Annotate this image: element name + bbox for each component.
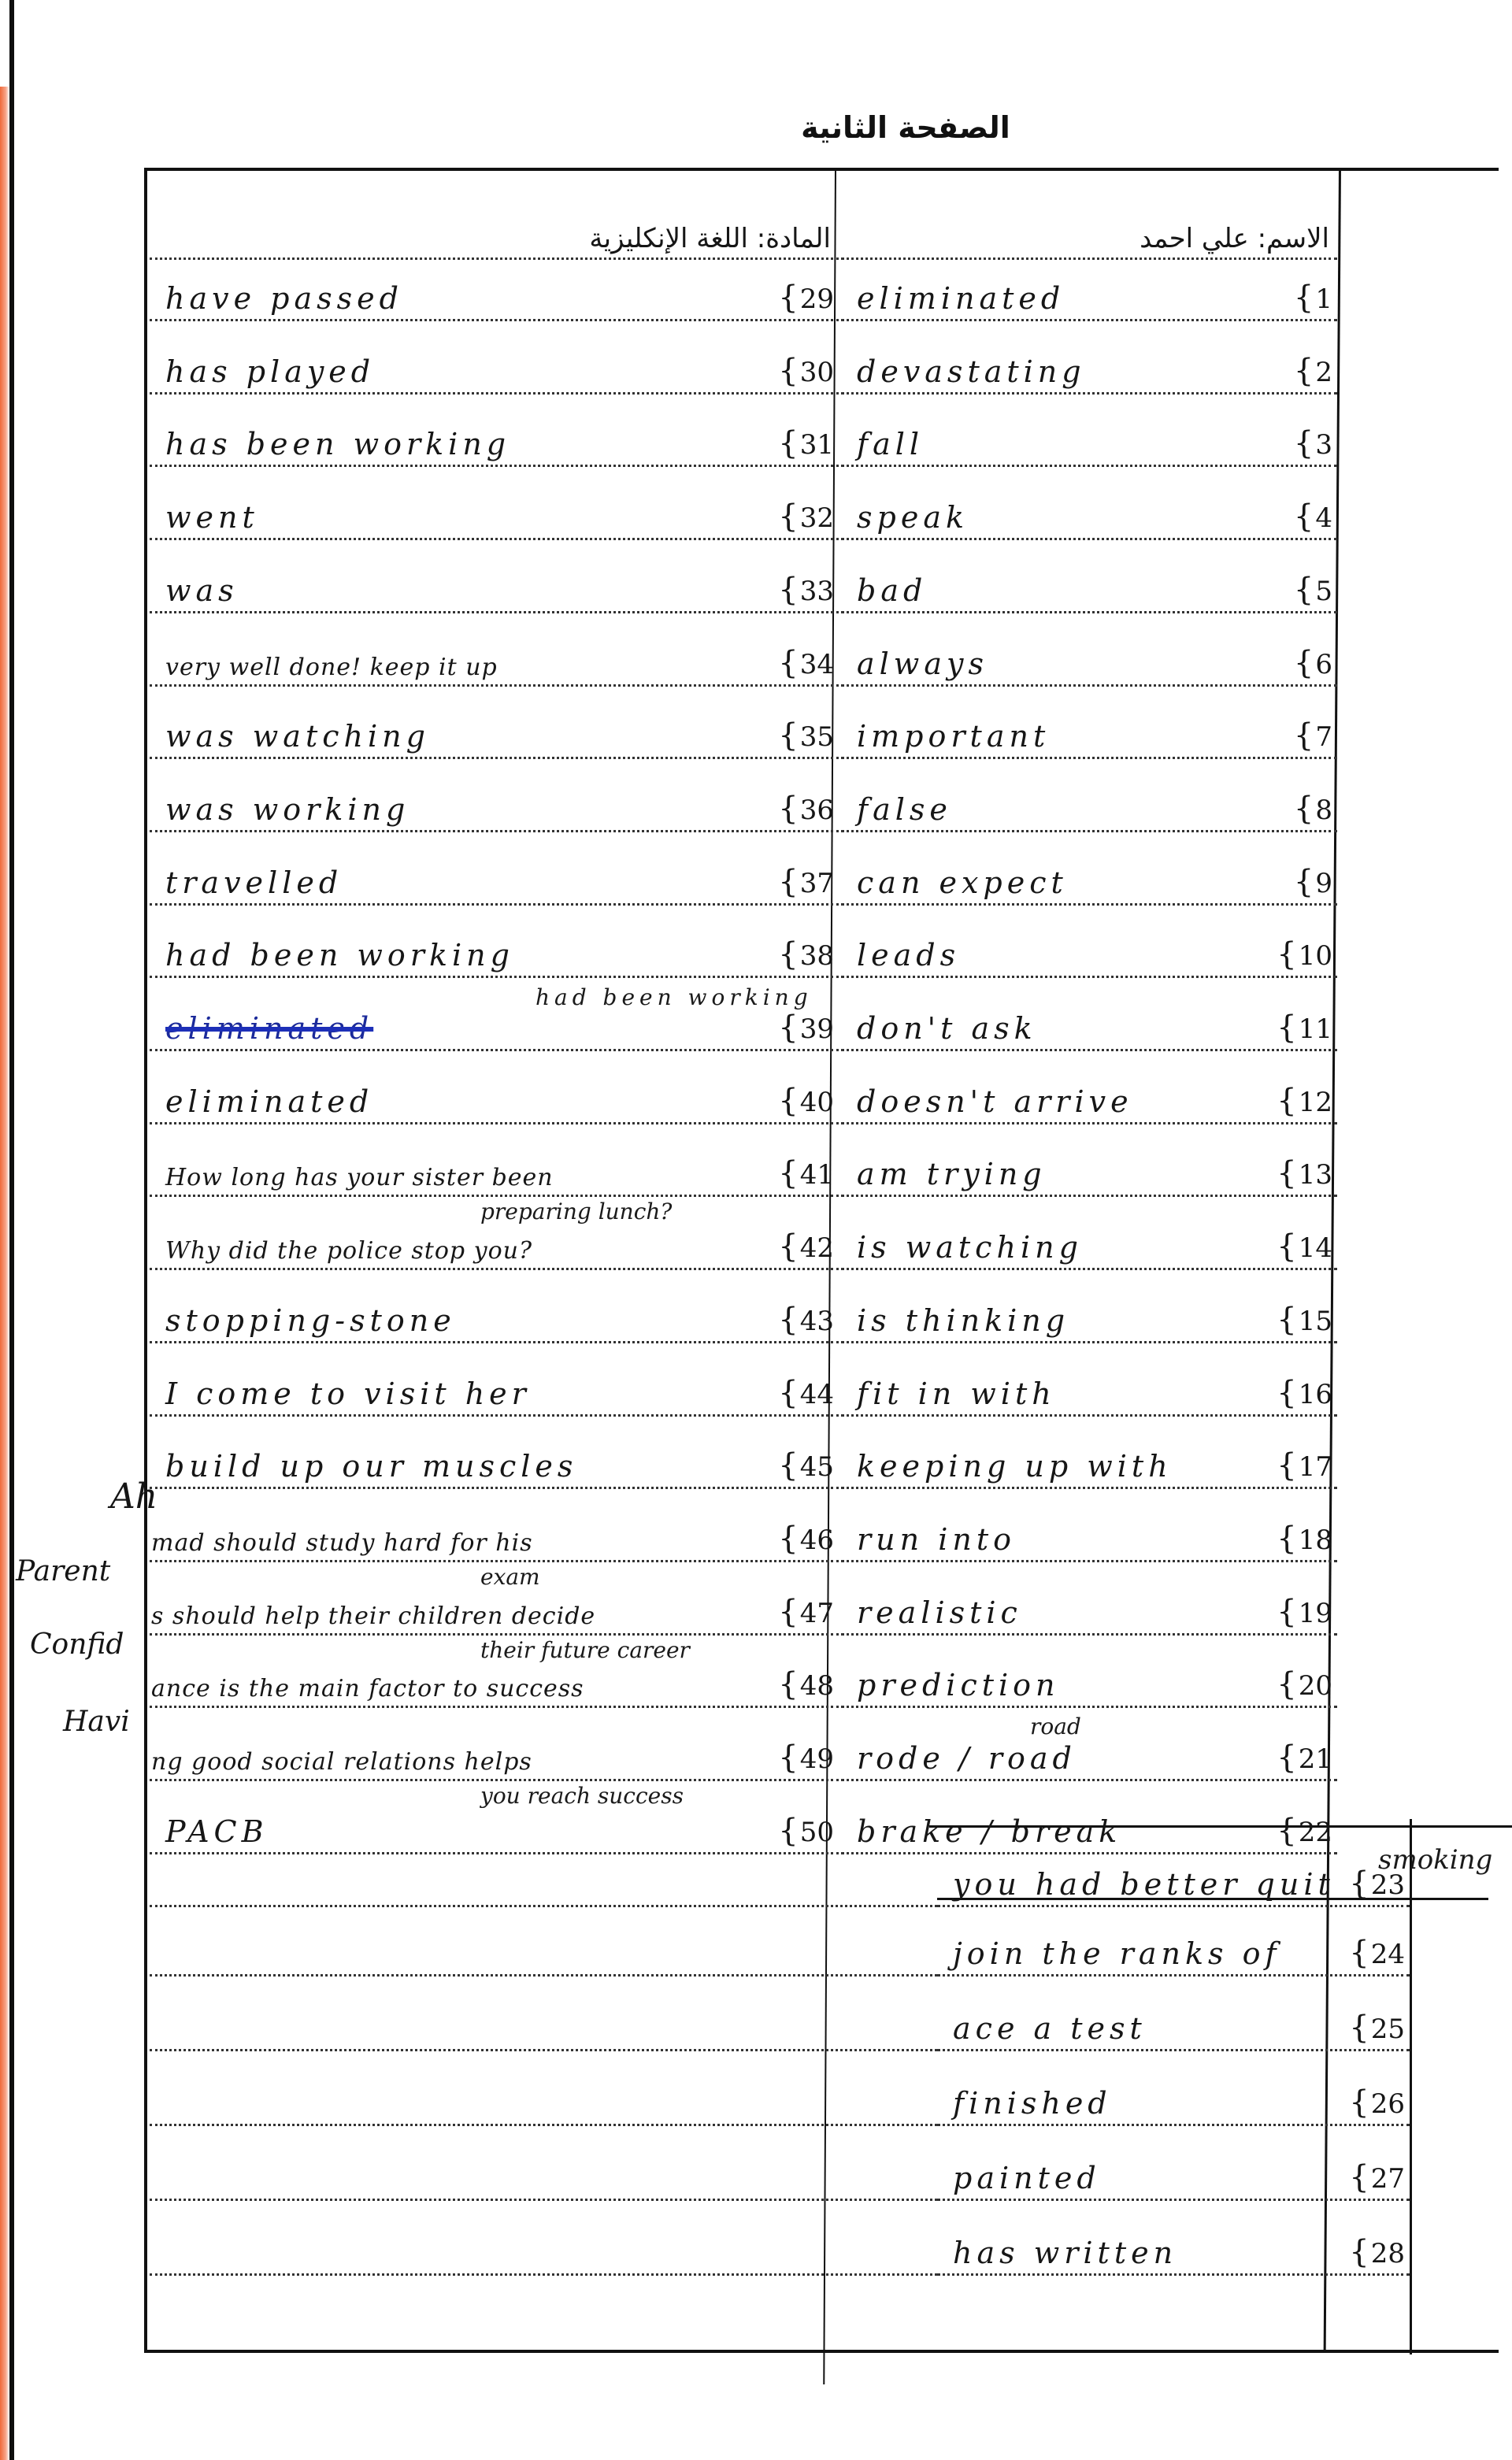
question-number: 32 <box>778 498 834 535</box>
question-number: 34 <box>778 645 834 681</box>
question-number: 8 <box>1294 791 1332 827</box>
answer-row: was33 <box>150 566 839 613</box>
page-title: الصفحة الثانية <box>709 110 1102 145</box>
answer-text: finished <box>953 2086 1112 2121</box>
answer-row: join the ranks of24 <box>937 1929 1410 1977</box>
question-number: 45 <box>778 1447 834 1484</box>
question-number: 25 <box>1349 2010 1405 2046</box>
answer-text: prediction <box>857 1668 1060 1702</box>
struck-answer: eliminated <box>165 1011 373 1046</box>
answer-row: eliminatedhad been working39 <box>150 1004 839 1051</box>
continuation-note: preparing lunch? <box>480 1199 672 1224</box>
page-edge-line <box>9 0 14 2460</box>
answer-row: was working36 <box>150 785 839 832</box>
answer-row: stopping-stone43 <box>150 1296 839 1343</box>
question-number: 10 <box>1277 936 1332 973</box>
question-number: 28 <box>1349 2234 1405 2270</box>
answer-text: ance is the main factor to success <box>151 1675 584 1702</box>
answer-row: bad5 <box>841 566 1337 613</box>
answer-row: painted27 <box>937 2154 1410 2201</box>
answer-text: rode / road <box>857 1741 1077 1776</box>
answer-text: PACB <box>165 1814 269 1849</box>
question-number: 49 <box>778 1739 834 1776</box>
answer-text: was <box>165 573 239 608</box>
answer-row: has been working31 <box>150 420 839 467</box>
question-number: 17 <box>1277 1447 1332 1484</box>
blank-answer-line <box>150 2079 937 2126</box>
answer-row: brake / break22 <box>841 1807 1337 1854</box>
question-number: 50 <box>778 1813 834 1849</box>
answer-row: eliminated40 <box>150 1077 839 1124</box>
correction-note: road <box>1030 1713 1081 1739</box>
answer-text: I come to visit her <box>165 1376 531 1411</box>
answer-text: speak <box>857 500 969 535</box>
answer-text: s should help their children decide <box>151 1602 595 1630</box>
answer-row: ance is the main factor to success48 <box>150 1661 839 1708</box>
answer-text: build up our muscles <box>165 1449 577 1484</box>
question-number: 13 <box>1277 1155 1332 1191</box>
answer-row: has played30 <box>150 347 839 395</box>
answer-text: travelled <box>165 865 343 900</box>
question-number: 43 <box>778 1302 834 1338</box>
answer-row: always6 <box>841 639 1337 687</box>
margin-prefix-48: Confid <box>30 1628 124 1661</box>
answer-text: eliminated <box>857 281 1065 316</box>
answer-text: has been working <box>165 427 510 461</box>
question-number: 37 <box>778 864 834 900</box>
answer-row: important7 <box>841 712 1337 759</box>
question-number: 4 <box>1294 498 1332 535</box>
question-number: 14 <box>1277 1228 1332 1265</box>
answer-text: had been working <box>165 938 514 973</box>
answer-text: stopping-stone <box>165 1303 456 1338</box>
continuation-note: you reach success <box>480 1783 684 1809</box>
answer-row: fit in with16 <box>841 1369 1337 1417</box>
subject-field: المادة: اللغة الإنكليزية <box>150 213 839 260</box>
answer-text: devastating <box>857 354 1086 389</box>
answer-row: devastating2 <box>841 347 1337 395</box>
answer-text: you had better quit <box>953 1867 1335 1902</box>
question-number: 20 <box>1277 1666 1332 1702</box>
question-number: 38 <box>778 936 834 973</box>
question-number: 46 <box>778 1521 834 1557</box>
answer-row: you had better quit23smoking <box>937 1860 1410 1907</box>
continuation-note: exam <box>480 1564 540 1590</box>
question-number: 16 <box>1277 1375 1332 1411</box>
answer-text: fall <box>857 427 924 461</box>
answer-text: painted <box>953 2161 1101 2195</box>
continuation-note: their future career <box>480 1637 690 1663</box>
answer-text: was watching <box>165 719 430 754</box>
answer-row: have passed29 <box>150 274 839 321</box>
answer-row: has written28 <box>937 2228 1410 2276</box>
question-number: 42 <box>778 1228 834 1265</box>
question-number: 41 <box>778 1155 834 1191</box>
answer-row: doesn't arrive12 <box>841 1077 1337 1124</box>
continuation-note: smoking <box>1378 1844 1492 1876</box>
answer-row: realistic19 <box>841 1588 1337 1636</box>
subject-label: المادة: اللغة الإنكليزية <box>589 223 831 254</box>
answer-row: false8 <box>841 785 1337 832</box>
blank-answer-line <box>150 1860 937 1907</box>
blank-answer-line <box>150 2004 937 2051</box>
question-number: 47 <box>778 1594 834 1630</box>
question-number: 33 <box>778 572 834 608</box>
margin-prefix-46: Ah <box>110 1476 157 1517</box>
margin-prefix-47: Parent <box>16 1555 110 1588</box>
answer-text: always <box>857 646 988 681</box>
question-number: 9 <box>1294 864 1332 900</box>
answer-text: went <box>165 500 259 535</box>
answer-text: fit in with <box>857 1376 1056 1411</box>
answer-text: am trying <box>857 1157 1047 1191</box>
blank-answer-line <box>150 2154 937 2201</box>
answer-text: How long has your sister been <box>165 1164 554 1191</box>
answer-row: ng good social relations helps49you reac… <box>150 1734 839 1781</box>
question-number: 24 <box>1349 1935 1405 1971</box>
answer-row: very well done! keep it up34 <box>150 639 839 687</box>
blank-answer-line <box>150 1929 937 1977</box>
student-name: الاسم: علي احمد <box>1140 223 1329 254</box>
answer-row: am trying13 <box>841 1150 1337 1197</box>
answer-row: travelled37 <box>150 858 839 906</box>
answer-row: s should help their children decide47the… <box>150 1588 839 1636</box>
name-field: الاسم: علي احمد <box>841 213 1337 260</box>
question-number: 40 <box>778 1083 834 1119</box>
question-number: 35 <box>778 717 834 754</box>
answer-text: important <box>857 719 1050 754</box>
answer-text: mad should study hard for his <box>151 1529 533 1557</box>
question-number: 18 <box>1277 1521 1332 1557</box>
question-number: 26 <box>1349 2084 1405 2121</box>
answer-text: have passed <box>165 281 403 316</box>
answer-text: Why did the police stop you? <box>165 1237 532 1265</box>
question-number: 19 <box>1277 1594 1332 1630</box>
question-number: 1 <box>1294 280 1332 316</box>
answer-row: finished26 <box>937 2079 1410 2126</box>
answer-row: PACB50 <box>150 1807 839 1854</box>
question-number: 44 <box>778 1375 834 1411</box>
question-number: 22 <box>1277 1813 1332 1849</box>
page-edge-strip <box>0 87 9 2460</box>
question-number: 29 <box>778 280 834 316</box>
question-number: 2 <box>1294 353 1332 389</box>
answer-text: is watching <box>857 1230 1083 1265</box>
question-number: 30 <box>778 353 834 389</box>
question-number: 36 <box>778 791 834 827</box>
answer-text: brake / break <box>857 1814 1121 1849</box>
answer-text: realistic <box>857 1595 1022 1630</box>
question-number: 12 <box>1277 1083 1332 1119</box>
answer-row: had been working38 <box>150 931 839 978</box>
answer-row: went32 <box>150 493 839 540</box>
question-number: 39 <box>778 1010 834 1046</box>
answer-row: leads10 <box>841 931 1337 978</box>
answer-text: is thinking <box>857 1303 1069 1338</box>
question-number: 6 <box>1294 645 1332 681</box>
answer-text: join the ranks of <box>953 1936 1281 1971</box>
answer-row: build up our muscles45 <box>150 1442 839 1489</box>
correction-note: had been working <box>535 984 813 1010</box>
answer-text: has played <box>165 354 375 389</box>
answer-row: Why did the police stop you?42 <box>150 1223 839 1270</box>
answer-row: is thinking15 <box>841 1296 1337 1343</box>
answer-text: don't ask <box>857 1011 1037 1046</box>
question-number: 5 <box>1294 572 1332 608</box>
answer-row: keeping up with17 <box>841 1442 1337 1489</box>
answer-row: ace a test25 <box>937 2004 1410 2051</box>
answer-row: eliminated1 <box>841 274 1337 321</box>
answer-row: speak4 <box>841 493 1337 540</box>
answer-row: run into18 <box>841 1515 1337 1562</box>
answer-row: How long has your sister been41preparing… <box>150 1150 839 1197</box>
answer-text: ng good social relations helps <box>151 1748 532 1776</box>
answer-text: eliminatedhad been working <box>165 1011 373 1046</box>
answer-row: I come to visit her44 <box>150 1369 839 1417</box>
question-number: 11 <box>1277 1010 1332 1046</box>
answer-text: run into <box>857 1522 1016 1557</box>
question-number: 31 <box>778 425 834 461</box>
answer-text: was working <box>165 792 409 827</box>
answer-text: very well done! keep it up <box>165 654 498 681</box>
answer-text: eliminated <box>165 1084 373 1119</box>
margin-prefix-49: Havi <box>63 1706 130 1738</box>
answer-text: ace a test <box>953 2011 1147 2046</box>
question-number: 48 <box>778 1666 834 1702</box>
answer-text: bad <box>857 573 927 608</box>
answer-text: false <box>857 792 952 827</box>
answer-row: don't ask11 <box>841 1004 1337 1051</box>
answer-row: rode / road21road <box>841 1734 1337 1781</box>
answer-text: leads <box>857 938 960 973</box>
answer-row: is watching14 <box>841 1223 1337 1270</box>
blank-answer-line <box>150 2228 937 2276</box>
question-number: 3 <box>1294 425 1332 461</box>
answer-row: fall3 <box>841 420 1337 467</box>
answer-row: was watching35 <box>150 712 839 759</box>
question-number: 7 <box>1294 717 1332 754</box>
answer-text: can expect <box>857 865 1068 900</box>
answer-row: prediction20 <box>841 1661 1337 1708</box>
answer-row: can expect9 <box>841 858 1337 906</box>
answer-text: keeping up with <box>857 1449 1173 1484</box>
question-number: 27 <box>1349 2159 1405 2195</box>
question-number: 21 <box>1277 1739 1332 1776</box>
answer-row: mad should study hard for his46exam <box>150 1515 839 1562</box>
answer-text: has written <box>953 2236 1177 2270</box>
question-number: 15 <box>1277 1302 1332 1338</box>
answer-text: doesn't arrive <box>857 1084 1133 1119</box>
